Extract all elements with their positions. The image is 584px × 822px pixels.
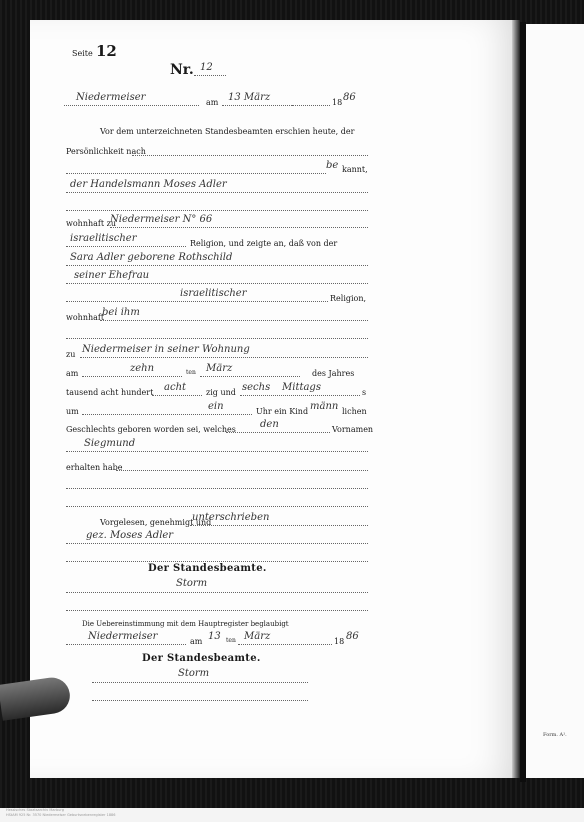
mother-handwritten-2: seiner Ehefrau — [74, 270, 149, 281]
cert-day-handwritten: 13 — [208, 631, 221, 642]
um-label: um — [66, 407, 79, 416]
zu-label: zu — [66, 350, 75, 359]
book-gutter — [520, 22, 526, 782]
month-handwritten: März — [206, 363, 232, 374]
jahres-label: des Jahres — [312, 369, 354, 378]
standesbeamte-signature-1: Storm — [176, 578, 207, 589]
archive-footer: Hessisches Staatsarchiv Marburg HStAM 92… — [0, 808, 584, 822]
den-handwritten: den — [260, 419, 279, 430]
wohnhaft-handwritten: Niedermeiser N° 66 — [110, 214, 212, 225]
year-prefix: 18 — [332, 98, 342, 107]
form-label: Form. A¹. — [543, 732, 567, 738]
cert-month-handwritten: März — [244, 631, 270, 642]
vornamen-label: Vornamen — [332, 425, 373, 434]
date-handwritten: 13 März — [228, 92, 270, 103]
time-handwritten: Mittags — [282, 382, 321, 393]
place-handwritten: Niedermeiser — [76, 92, 145, 103]
nr-value: 12 — [200, 62, 213, 73]
lichen-label: lichen — [342, 407, 367, 416]
decade-handwritten: acht — [164, 382, 186, 393]
seite-label: Seite — [72, 49, 93, 58]
religion-text: Religion, und zeigte an, daß von der — [190, 239, 337, 248]
religion2-handwritten: israelitischer — [180, 288, 246, 299]
cert-ten-label: ten — [226, 637, 236, 644]
seite-number: 12 — [96, 42, 117, 60]
bekannt-label: kannt, — [342, 165, 368, 174]
certification-text: Die Uebereinstimmung mit dem Hauptregist… — [82, 620, 289, 628]
cert-am-label: am — [190, 637, 202, 646]
footer-line-2: HStAM 925 Nr. 3570 Niedermeiser Geburtsn… — [0, 813, 584, 818]
tausend-label: tausend acht hundert — [66, 388, 153, 397]
standesbeamte-signature-2: Storm — [178, 668, 209, 679]
zu-handwritten: Niedermeiser in seiner Wohnung — [82, 344, 250, 355]
day-handwritten: zehn — [130, 363, 154, 374]
register-page: Seite 12 Nr. 12 Niedermeiser am 13 März … — [30, 20, 520, 778]
mother-handwritten: Sara Adler geborene Rothschild — [70, 252, 232, 263]
nr-label: Nr. — [170, 62, 194, 78]
uhr-label: Uhr ein Kind — [256, 407, 308, 416]
geschlechts-label: Geschlechts geboren worden sei, welches — [66, 425, 236, 434]
s-label: s — [362, 388, 366, 397]
religion-handwritten: israelitischer — [70, 233, 136, 244]
sex-handwritten: männ — [310, 401, 338, 412]
standesbeamte-title-1: Der Standesbeamte. — [148, 563, 267, 574]
zig-label: zig und — [206, 388, 236, 397]
cert-place-handwritten: Niedermeiser — [88, 631, 157, 642]
year-suffix: 86 — [343, 92, 356, 103]
ten-label: ten — [186, 369, 196, 376]
religion2-label: Religion, — [330, 294, 366, 303]
unterschrieben-handwritten: unterschrieben — [192, 512, 269, 523]
informant-handwritten: der Handelsmann Moses Adler — [70, 179, 227, 190]
cert-year-prefix: 18 — [334, 637, 344, 646]
name-handwritten: Siegmund — [84, 438, 135, 449]
wohnhaft2-handwritten: bei ihm — [102, 307, 140, 318]
am2-label: am — [66, 369, 78, 378]
cert-year-suffix: 86 — [346, 631, 359, 642]
hour-handwritten: ein — [208, 401, 224, 412]
standesbeamte-title-2: Der Standesbeamte. — [142, 653, 261, 664]
signature-handwritten: gez. Moses Adler — [86, 530, 173, 541]
am-label: am — [206, 98, 218, 107]
intro-text: Vor dem unterzeichneten Standesbeamten e… — [100, 127, 354, 136]
facing-page — [526, 24, 584, 778]
year-handwritten: sechs — [242, 382, 270, 393]
wohnhaft-label: wohnhaft zu — [66, 219, 116, 228]
erhalten-label: erhalten habe — [66, 463, 122, 472]
wohnhaft2-label: wohnhaft — [66, 313, 104, 322]
bekannt-handwritten: be — [326, 160, 338, 171]
